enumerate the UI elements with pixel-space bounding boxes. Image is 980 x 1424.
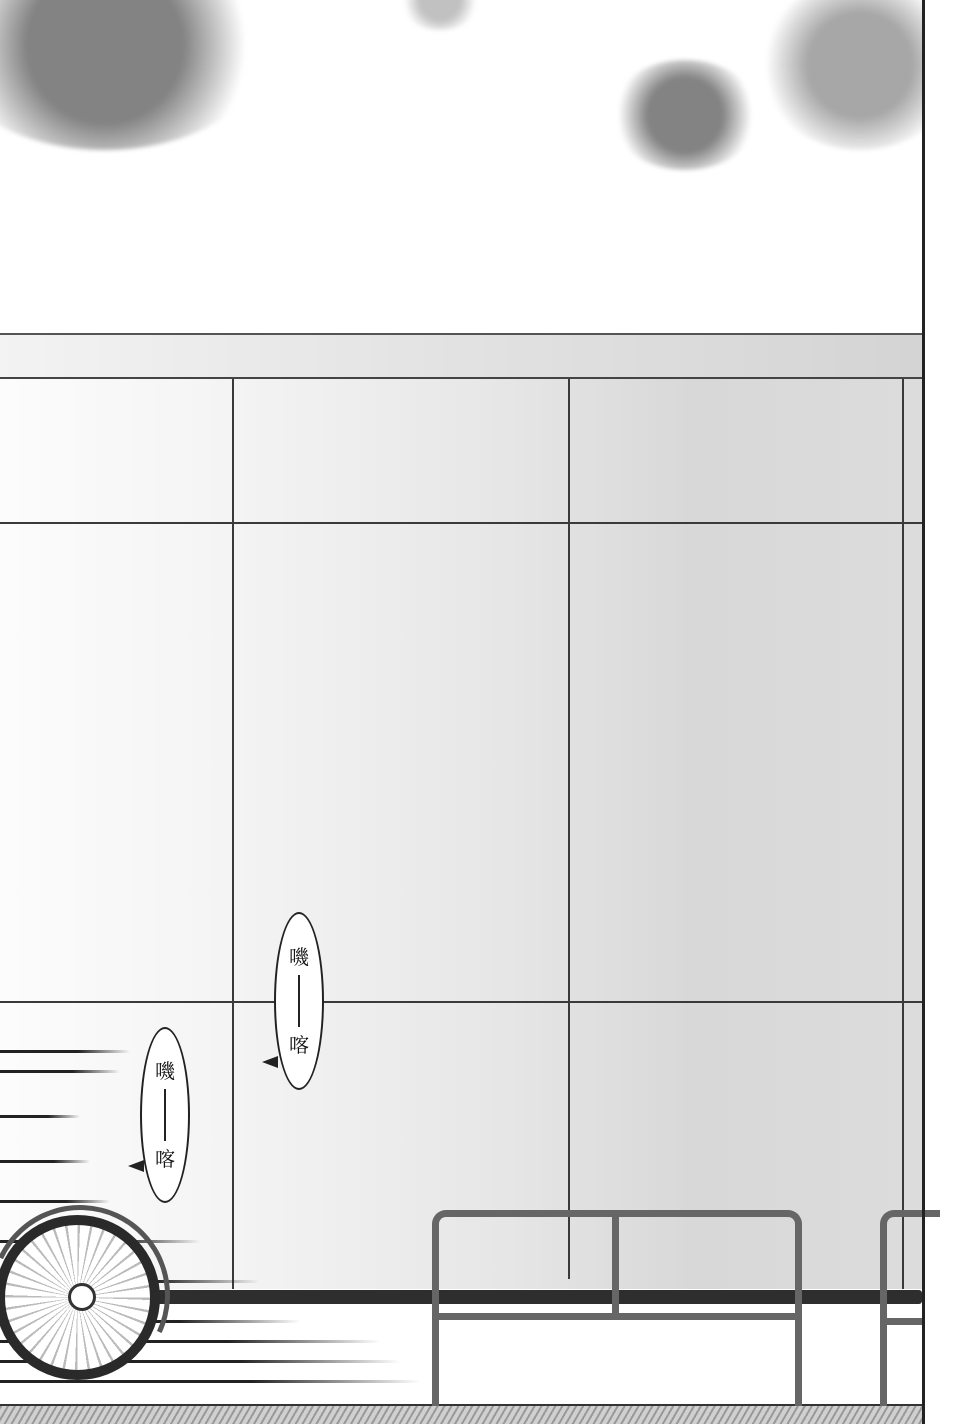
dash [298, 975, 300, 1027]
panel-joint [902, 379, 904, 1289]
manga-page: 嘰 喀 嘰 喀 [0, 0, 980, 1424]
panel-joint [0, 522, 922, 524]
sky [0, 0, 922, 335]
bicycle-hub [68, 1283, 96, 1311]
bubble-tail [128, 1160, 144, 1172]
curb [0, 1404, 922, 1424]
wall-cap [0, 333, 922, 379]
sound-effect-char: 喀 [289, 1035, 309, 1055]
sound-effect-char: 嘰 [155, 1061, 175, 1081]
cloud [400, 0, 480, 30]
cloud [760, 0, 922, 150]
sound-effect-char: 嘰 [289, 947, 309, 967]
bubble-tail [262, 1056, 278, 1068]
speech-bubble: 嘰 喀 [140, 1027, 190, 1203]
panel-joint [568, 379, 570, 1279]
panel-joint [0, 1001, 922, 1003]
dash [164, 1089, 166, 1141]
panel-border [922, 0, 925, 1424]
cloud [610, 60, 760, 170]
cloud [0, 0, 270, 150]
sound-effect-char: 喀 [155, 1149, 175, 1169]
speech-bubble: 嘰 喀 [274, 912, 324, 1090]
